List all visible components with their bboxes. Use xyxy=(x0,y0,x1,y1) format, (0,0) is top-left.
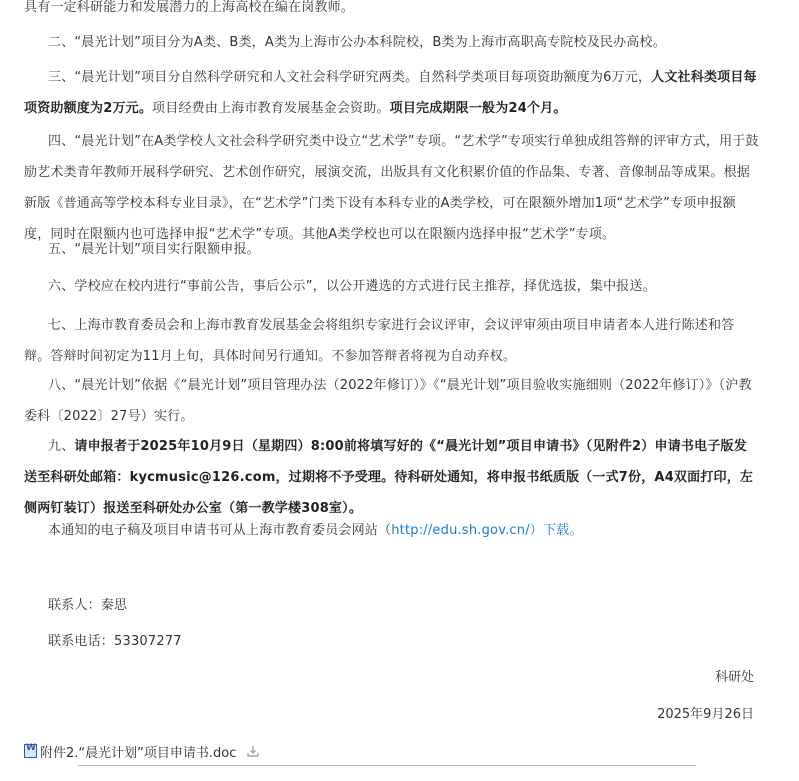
paragraph-item-5: 五、“晨光计划”项目实行限额申报。 xyxy=(24,234,759,265)
paragraph-item-7: 七、上海市教育委员会和上海市教育发展基金会将组织专家进行会议评审，会议评审须由项… xyxy=(24,310,759,372)
download-note-paren: ） xyxy=(530,523,543,538)
paragraph-download-note: 本通知的电子稿及项目申请书可从上海市教育委员会网站（http://edu.sh.… xyxy=(24,515,759,546)
paragraph-item-4: 四、“晨光计划”在A类学校人文社会科学研究类中设立“艺术学”专项。“艺术学”专项… xyxy=(24,126,759,250)
word-doc-icon xyxy=(24,744,37,758)
contact-phone: 联系电话：53307277 xyxy=(24,626,759,657)
attachment-item[interactable]: 附件2.“晨光计划”项目申请书.doc xyxy=(24,741,260,761)
paragraph-intro-tail: 具有一定科研能力和发展潜力的上海高校在编在岗教师。 xyxy=(24,0,759,23)
signature-department: 科研处 xyxy=(715,668,754,688)
paragraph-item-6: 六、学校应在校内进行“事前公告，事后公示”，以公开遴选的方式进行民主推荐，择优选… xyxy=(24,271,759,302)
item-3-funding-source: 项目经费由上海市教育发展基金会资助。 xyxy=(152,101,390,116)
divider xyxy=(78,765,696,766)
download-icon[interactable] xyxy=(246,744,260,758)
item-3-bold-duration: 项目完成期限一般为24个月。 xyxy=(390,101,567,116)
paragraph-item-2: 二、“晨光计划”项目分为A类、B类，A类为上海市公办本科院校，B类为上海市高职高… xyxy=(24,27,759,58)
download-link[interactable]: 下载。 xyxy=(543,523,583,538)
paragraph-item-9: 九、请申报者于2025年10月9日（星期四）8:00前将填写好的《“晨光计划”项… xyxy=(24,431,759,524)
item-9-prefix: 九、 xyxy=(48,439,74,454)
download-note-text: 本通知的电子稿及项目申请书可从上海市教育委员会网站（ xyxy=(48,523,391,538)
paragraph-item-3: 三、“晨光计划”项目分自然科学研究和人文社会科学研究两类。自然科学类项目每项资助… xyxy=(24,62,759,124)
contact-person: 联系人：秦思 xyxy=(24,590,759,621)
edu-website-link[interactable]: http://edu.sh.gov.cn/ xyxy=(391,523,530,538)
item-3-text: 三、“晨光计划”项目分自然科学研究和人文社会科学研究两类。自然科学类项目每项资助… xyxy=(48,70,651,85)
attachment-link[interactable]: 附件2.“晨光计划”项目申请书.doc xyxy=(40,742,236,761)
signature-date: 2025年9月26日 xyxy=(657,705,754,725)
item-9-submission-instructions: 请申报者于2025年10月9日（星期四）8:00前将填写好的《“晨光计划”项目申… xyxy=(24,439,753,516)
paragraph-item-8: 八、“晨光计划”依据《“晨光计划”项目管理办法（2022年修订）》《“晨光计划”… xyxy=(24,370,759,432)
